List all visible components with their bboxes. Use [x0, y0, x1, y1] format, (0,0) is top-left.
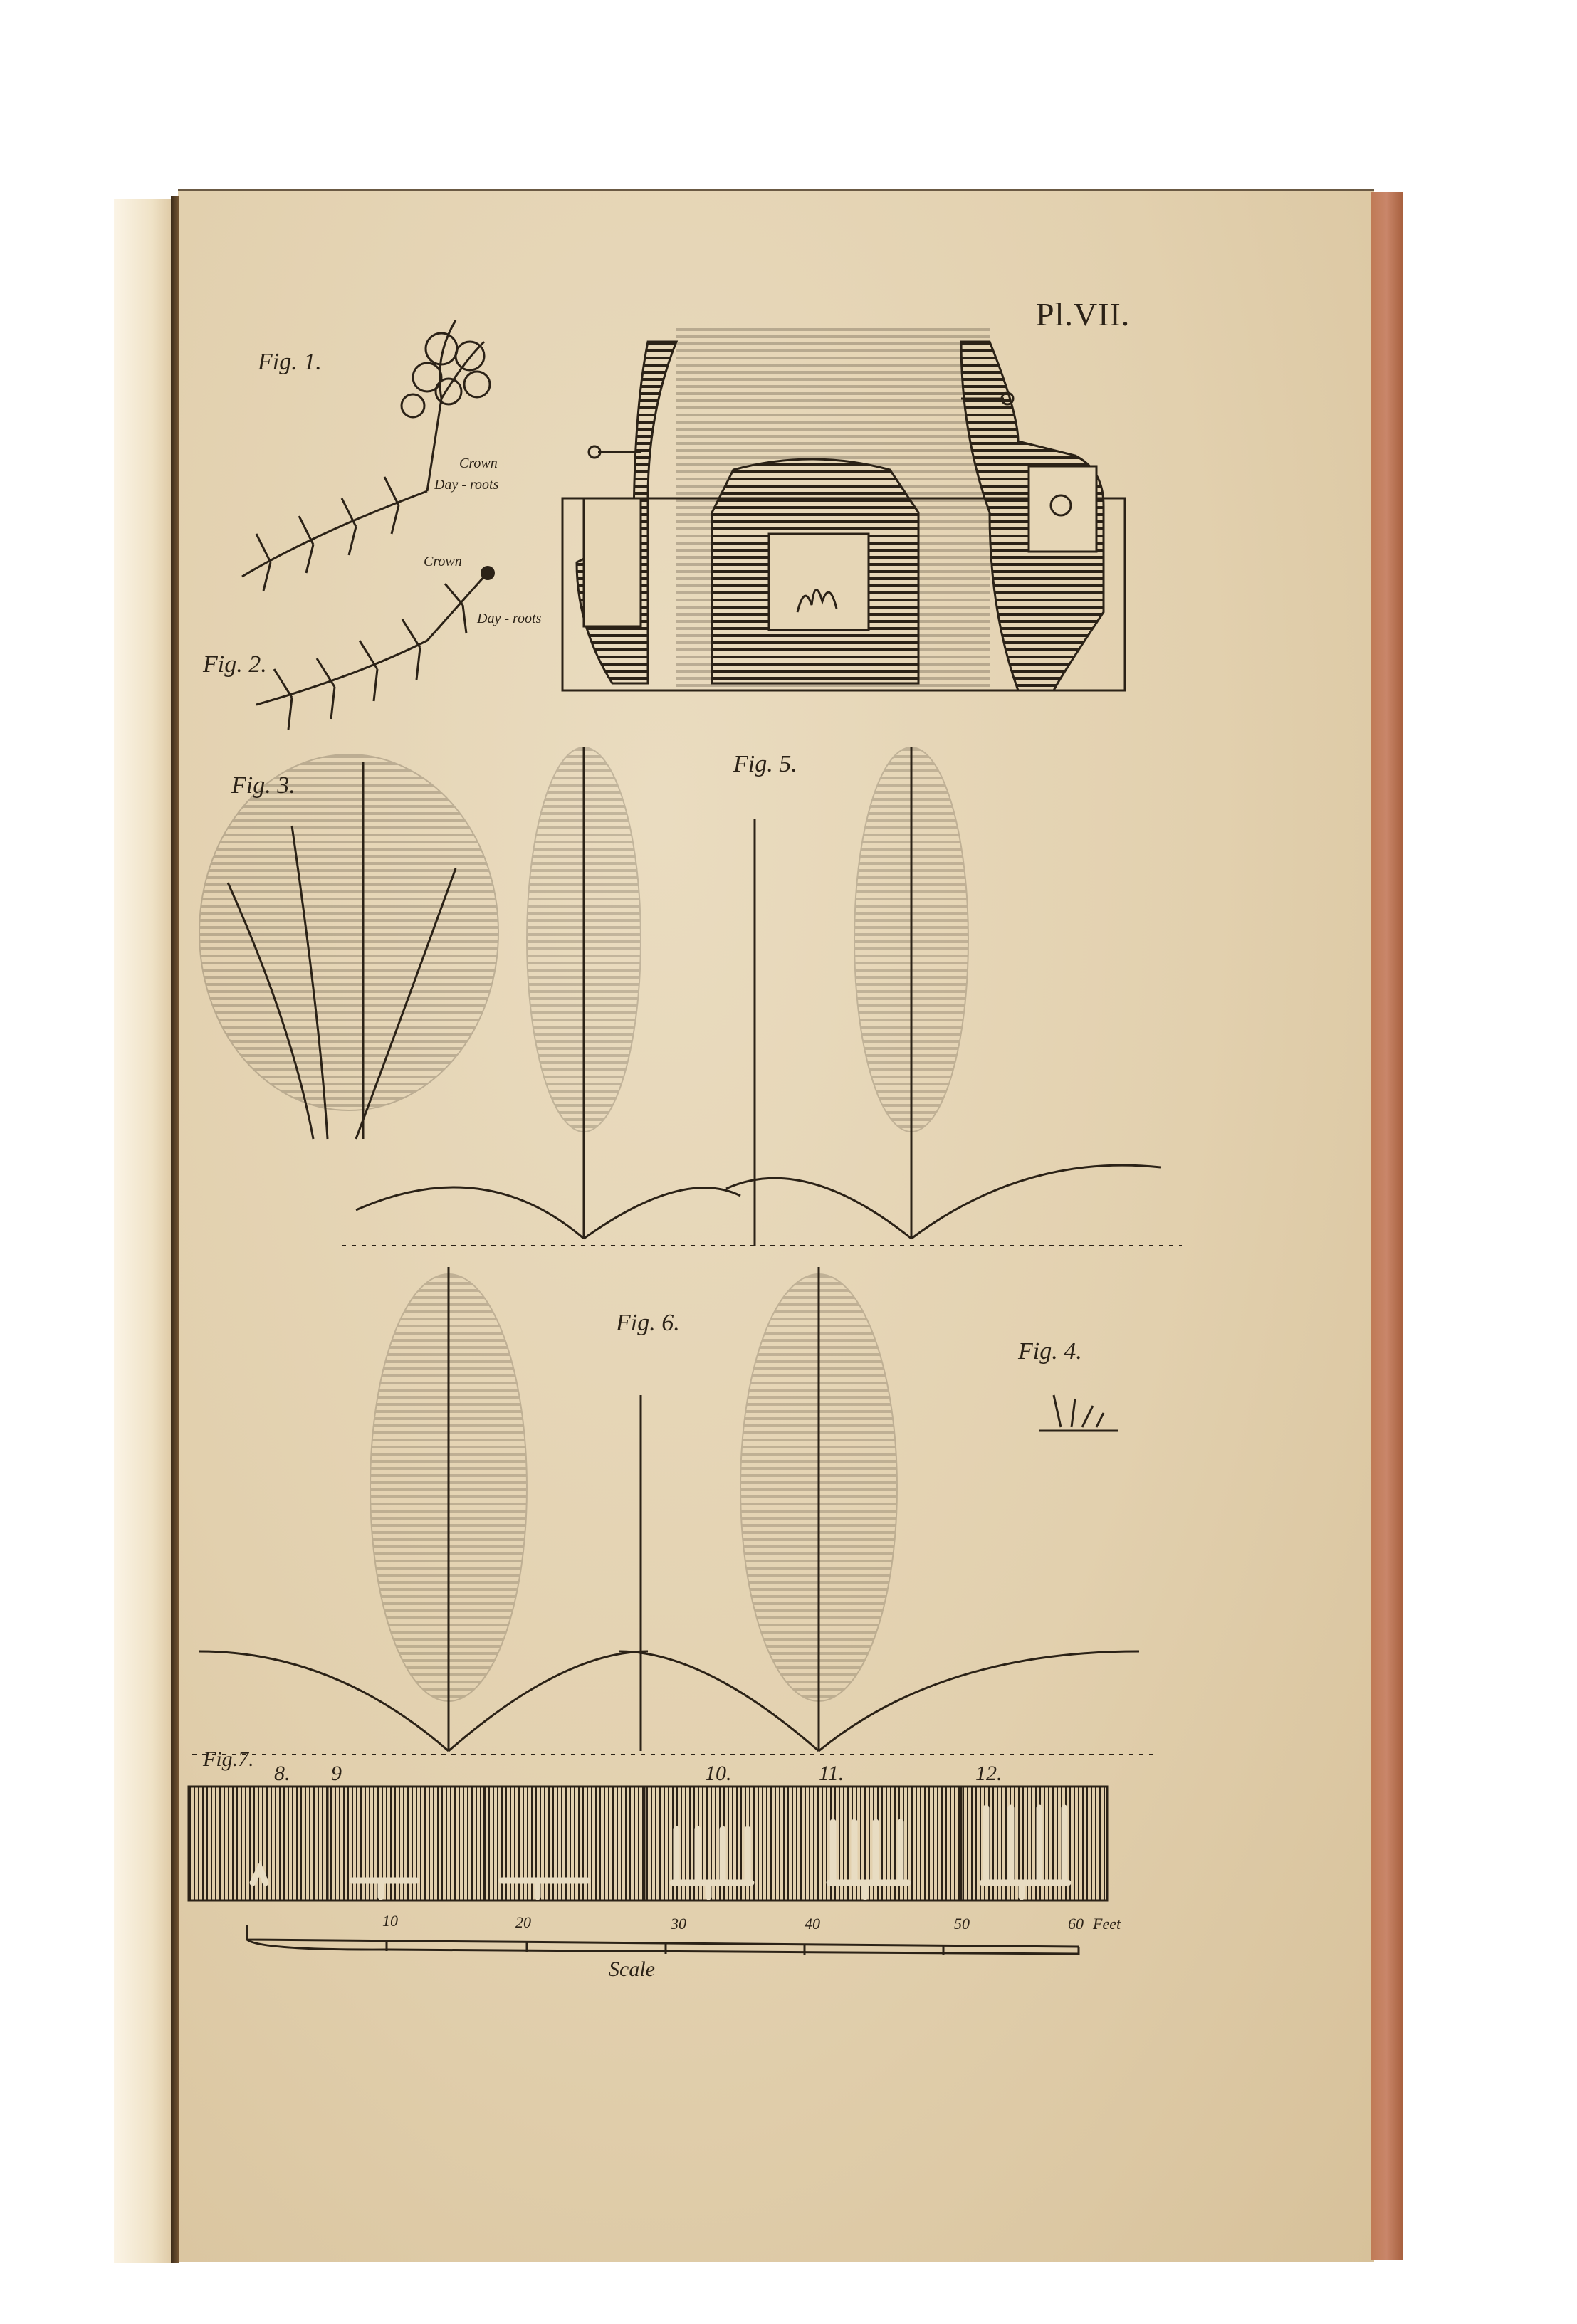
book-gutter [171, 196, 179, 2263]
scale-tick-50: 50 [954, 1915, 970, 1933]
scale-caption: Scale [609, 1957, 655, 1982]
scale-tick-30: 30 [671, 1915, 686, 1933]
scale-tick-10: 10 [382, 1912, 398, 1930]
scale-tick-40: 40 [805, 1915, 820, 1933]
fig1-vine-cutting-drawing [228, 299, 527, 598]
scale-unit: Feet [1093, 1915, 1121, 1933]
scale-tick-20: 20 [515, 1913, 531, 1932]
fig2-vine-cutting-drawing [249, 562, 520, 747]
training-wall-diagram [189, 1779, 1114, 1908]
scale-tick-60: 60 [1068, 1915, 1084, 1933]
fig4-label: Fig. 4. [1018, 1338, 1082, 1365]
left-page-edge [114, 199, 178, 2263]
page-fore-edge [1371, 192, 1403, 2260]
fig5-trained-vines-drawing [342, 726, 1182, 1253]
fig7-label: Fig.7. [203, 1747, 254, 1772]
furnace-stove-drawing [562, 327, 1125, 705]
fig6-fruiting-vines-drawing [192, 1253, 1153, 1772]
fig4-rooted-cutting-drawing [1032, 1388, 1125, 1438]
